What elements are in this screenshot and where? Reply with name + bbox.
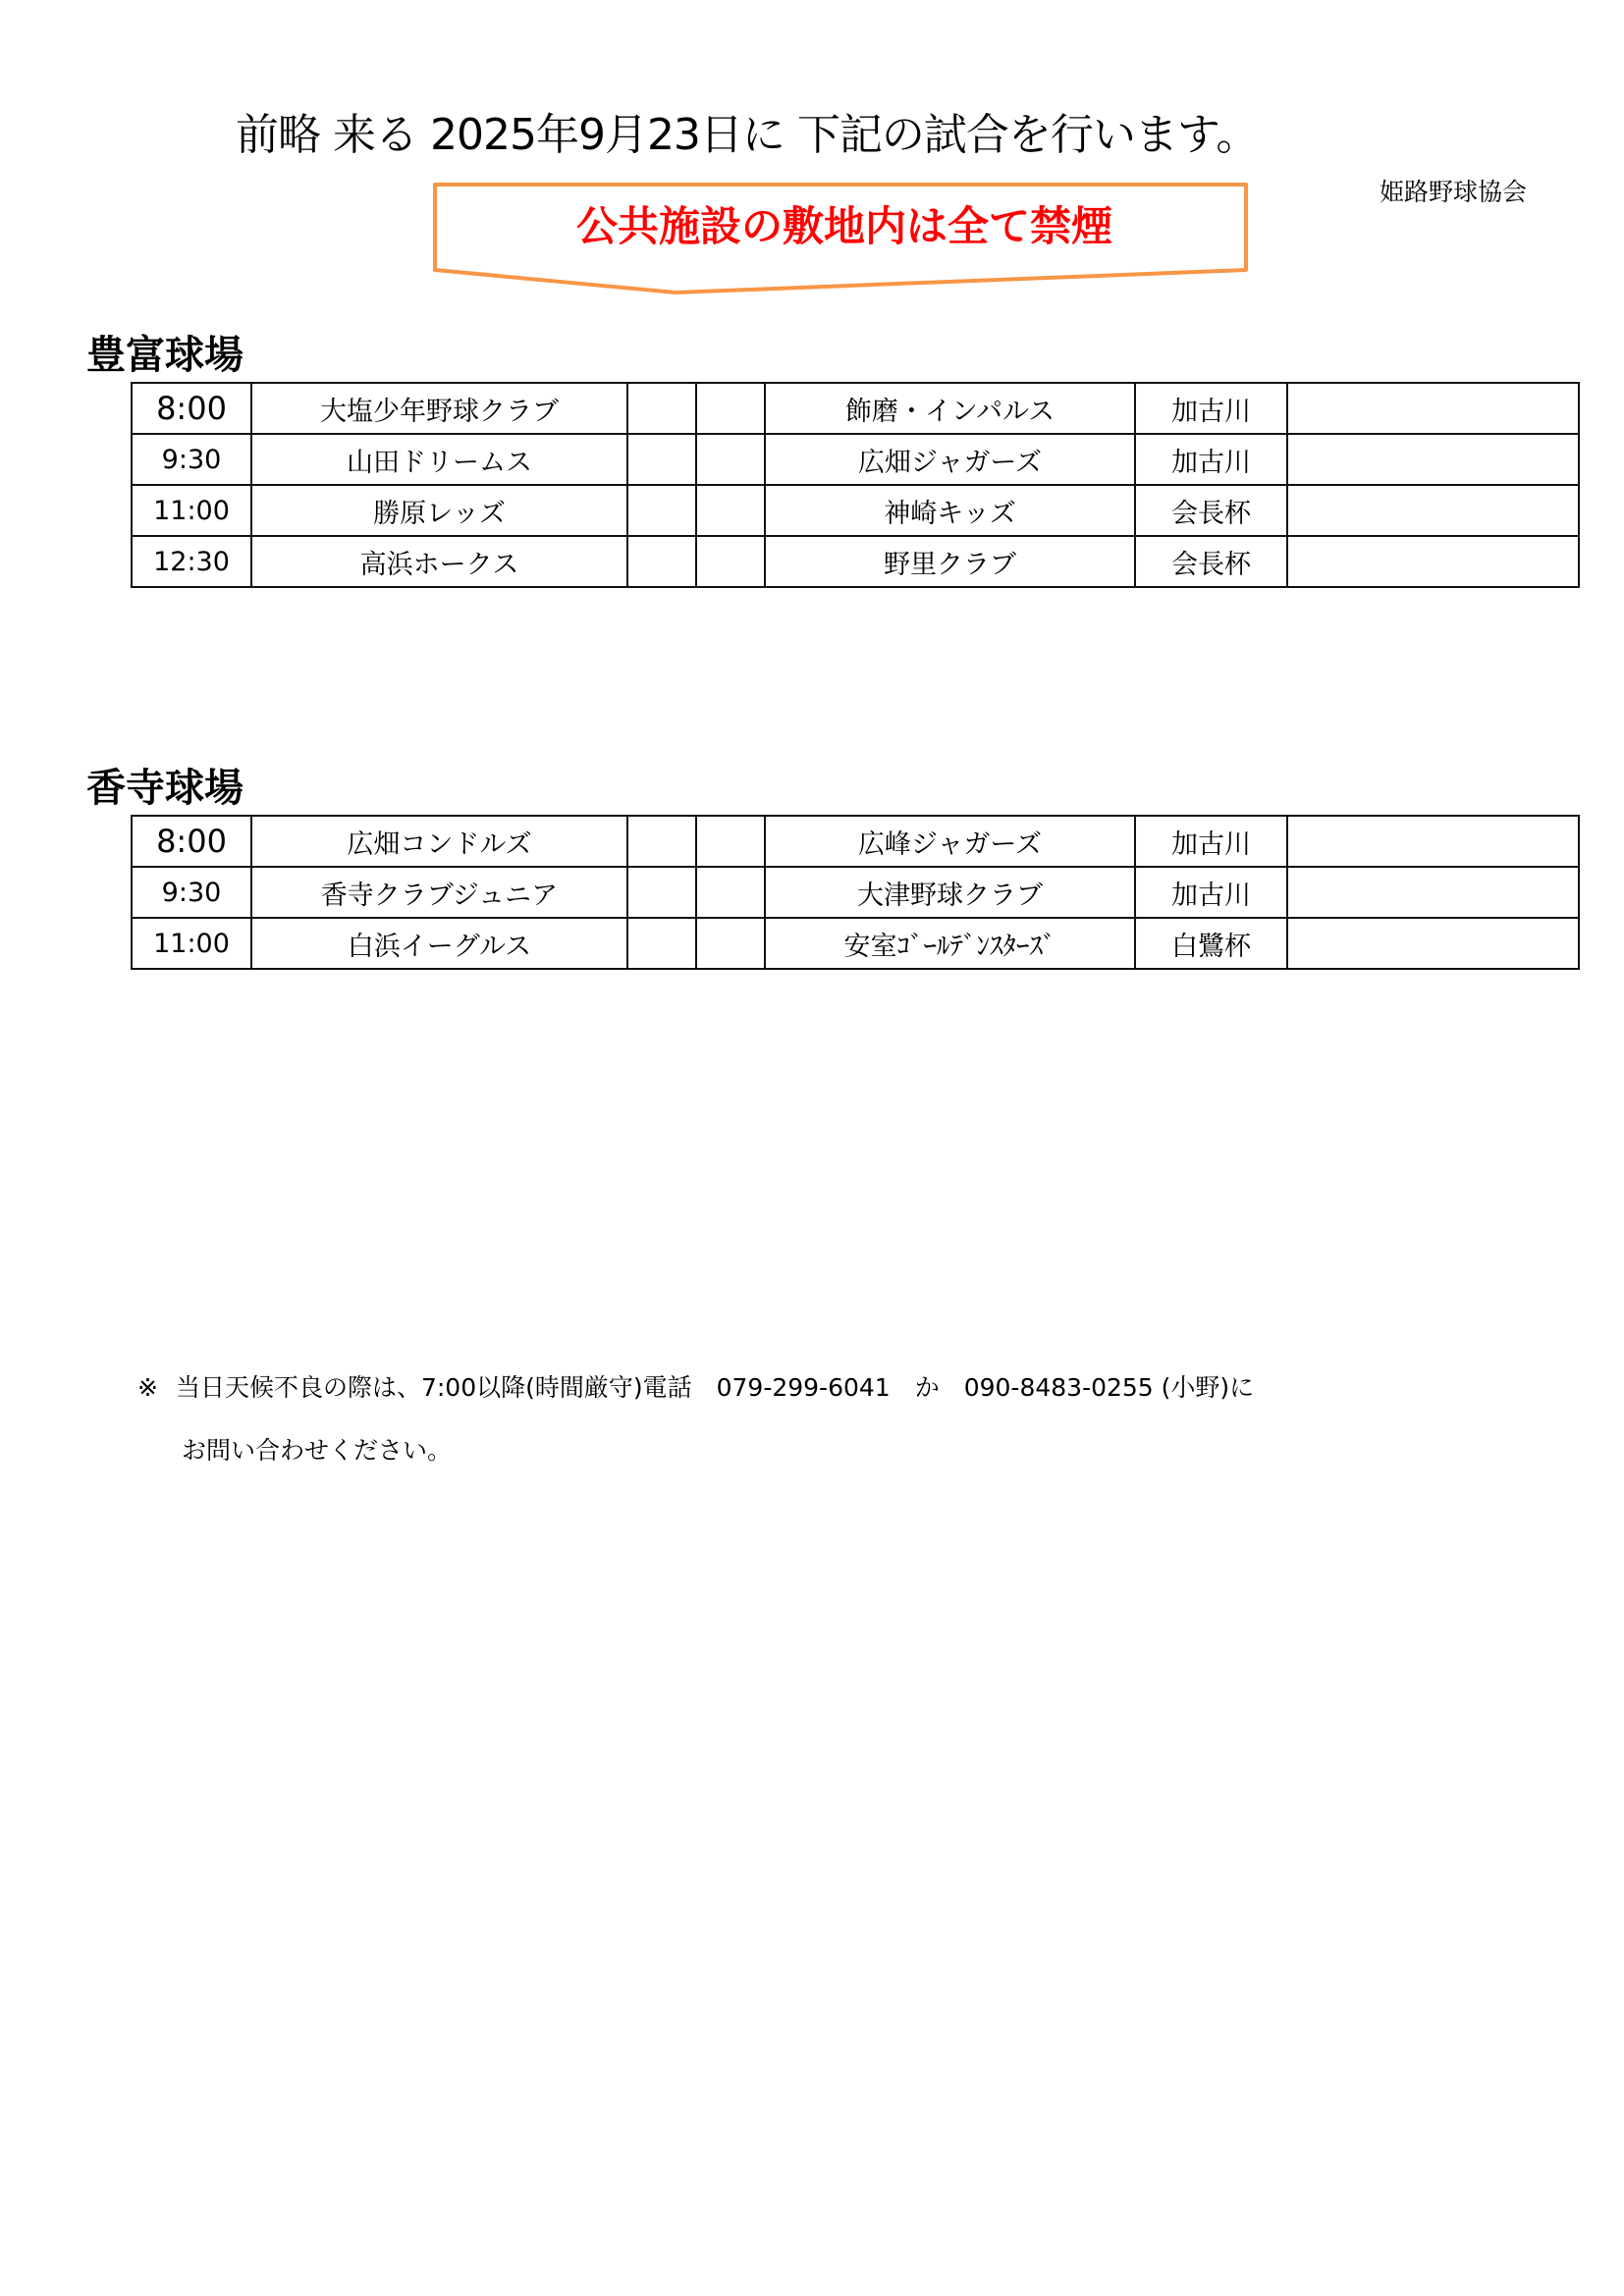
score-away <box>696 434 765 485</box>
score-away <box>696 918 765 969</box>
table-row: 11:00 勝原レッズ 神崎キッズ 会長杯 <box>132 485 1579 536</box>
score-home <box>627 918 696 969</box>
score-home <box>627 867 696 918</box>
score-away <box>696 867 765 918</box>
team-home: 広畑コンドルズ <box>251 816 627 867</box>
tournament: 加古川 <box>1135 383 1287 434</box>
match-time: 9:30 <box>132 867 251 918</box>
table-row: 9:30 山田ドリームス 広畑ジャガーズ 加古川 <box>132 434 1579 485</box>
tournament: 会長杯 <box>1135 485 1287 536</box>
table-row: 12:30 高浜ホークス 野里クラブ 会長杯 <box>132 536 1579 587</box>
remarks <box>1287 485 1579 536</box>
team-away: 飾磨・インパルス <box>765 383 1135 434</box>
team-away: 安室ｺﾞｰﾙﾃﾞﾝｽﾀｰｽﾞ <box>765 918 1135 969</box>
page-title: 前略 来る 2025年9月23日に 下記の試合を行います。 <box>236 106 1443 165</box>
match-time: 9:30 <box>132 434 251 485</box>
table-row: 8:00 広畑コンドルズ 広峰ジャガーズ 加古川 <box>132 816 1579 867</box>
venue-title-toyotomi: 豊富球場 <box>86 331 244 380</box>
remarks <box>1287 816 1579 867</box>
remarks <box>1287 918 1579 969</box>
table-row: 11:00 白浜イーグルス 安室ｺﾞｰﾙﾃﾞﾝｽﾀｰｽﾞ 白鷺杯 <box>132 918 1579 969</box>
team-home: 高浜ホークス <box>251 536 627 587</box>
score-home <box>627 434 696 485</box>
team-away: 野里クラブ <box>765 536 1135 587</box>
table-row: 9:30 香寺クラブジュニア 大津野球クラブ 加古川 <box>132 867 1579 918</box>
tournament: 会長杯 <box>1135 536 1287 587</box>
tournament: 白鷺杯 <box>1135 918 1287 969</box>
no-smoking-banner: 公共施設の敷地内は全て禁煙 <box>432 182 1249 295</box>
schedule-table-kodera: 8:00 広畑コンドルズ 広峰ジャガーズ 加古川 9:30 香寺クラブジュニア … <box>131 815 1580 970</box>
no-smoking-notice: 公共施設の敷地内は全て禁煙 <box>432 199 1218 254</box>
schedule-table-toyotomi: 8:00 大塩少年野球クラブ 飾磨・インパルス 加古川 9:30 山田ドリームス… <box>131 382 1580 588</box>
score-home <box>627 536 696 587</box>
remarks <box>1287 434 1579 485</box>
score-away <box>696 816 765 867</box>
tournament: 加古川 <box>1135 867 1287 918</box>
team-away: 神崎キッズ <box>765 485 1135 536</box>
team-away: 広峰ジャガーズ <box>765 816 1135 867</box>
score-home <box>627 383 696 434</box>
reference-mark: ※ <box>137 1373 158 1402</box>
remarks <box>1287 383 1579 434</box>
team-home: 大塩少年野球クラブ <box>251 383 627 434</box>
score-away <box>696 536 765 587</box>
weather-notice-line1: 当日天候不良の際は、7:00以降(時間厳守)電話 079-299-6041 か … <box>176 1373 1254 1402</box>
team-home: 勝原レッズ <box>251 485 627 536</box>
match-time: 12:30 <box>132 536 251 587</box>
weather-notice-line2: お問い合わせください。 <box>182 1433 452 1468</box>
remarks <box>1287 536 1579 587</box>
score-home <box>627 485 696 536</box>
venue-title-kodera: 香寺球場 <box>86 764 244 813</box>
team-home: 白浜イーグルス <box>251 918 627 969</box>
team-away: 広畑ジャガーズ <box>765 434 1135 485</box>
match-time: 11:00 <box>132 485 251 536</box>
match-time: 11:00 <box>132 918 251 969</box>
tournament: 加古川 <box>1135 434 1287 485</box>
score-away <box>696 383 765 434</box>
table-row: 8:00 大塩少年野球クラブ 飾磨・インパルス 加古川 <box>132 383 1579 434</box>
team-home: 山田ドリームス <box>251 434 627 485</box>
organization-name: 姫路野球協会 <box>1380 175 1527 210</box>
weather-notice: ※当日天候不良の際は、7:00以降(時間厳守)電話 079-299-6041 か… <box>137 1370 1254 1406</box>
team-away: 大津野球クラブ <box>765 867 1135 918</box>
score-home <box>627 816 696 867</box>
score-away <box>696 485 765 536</box>
match-time: 8:00 <box>132 816 251 867</box>
tournament: 加古川 <box>1135 816 1287 867</box>
team-home: 香寺クラブジュニア <box>251 867 627 918</box>
match-time: 8:00 <box>132 383 251 434</box>
remarks <box>1287 867 1579 918</box>
